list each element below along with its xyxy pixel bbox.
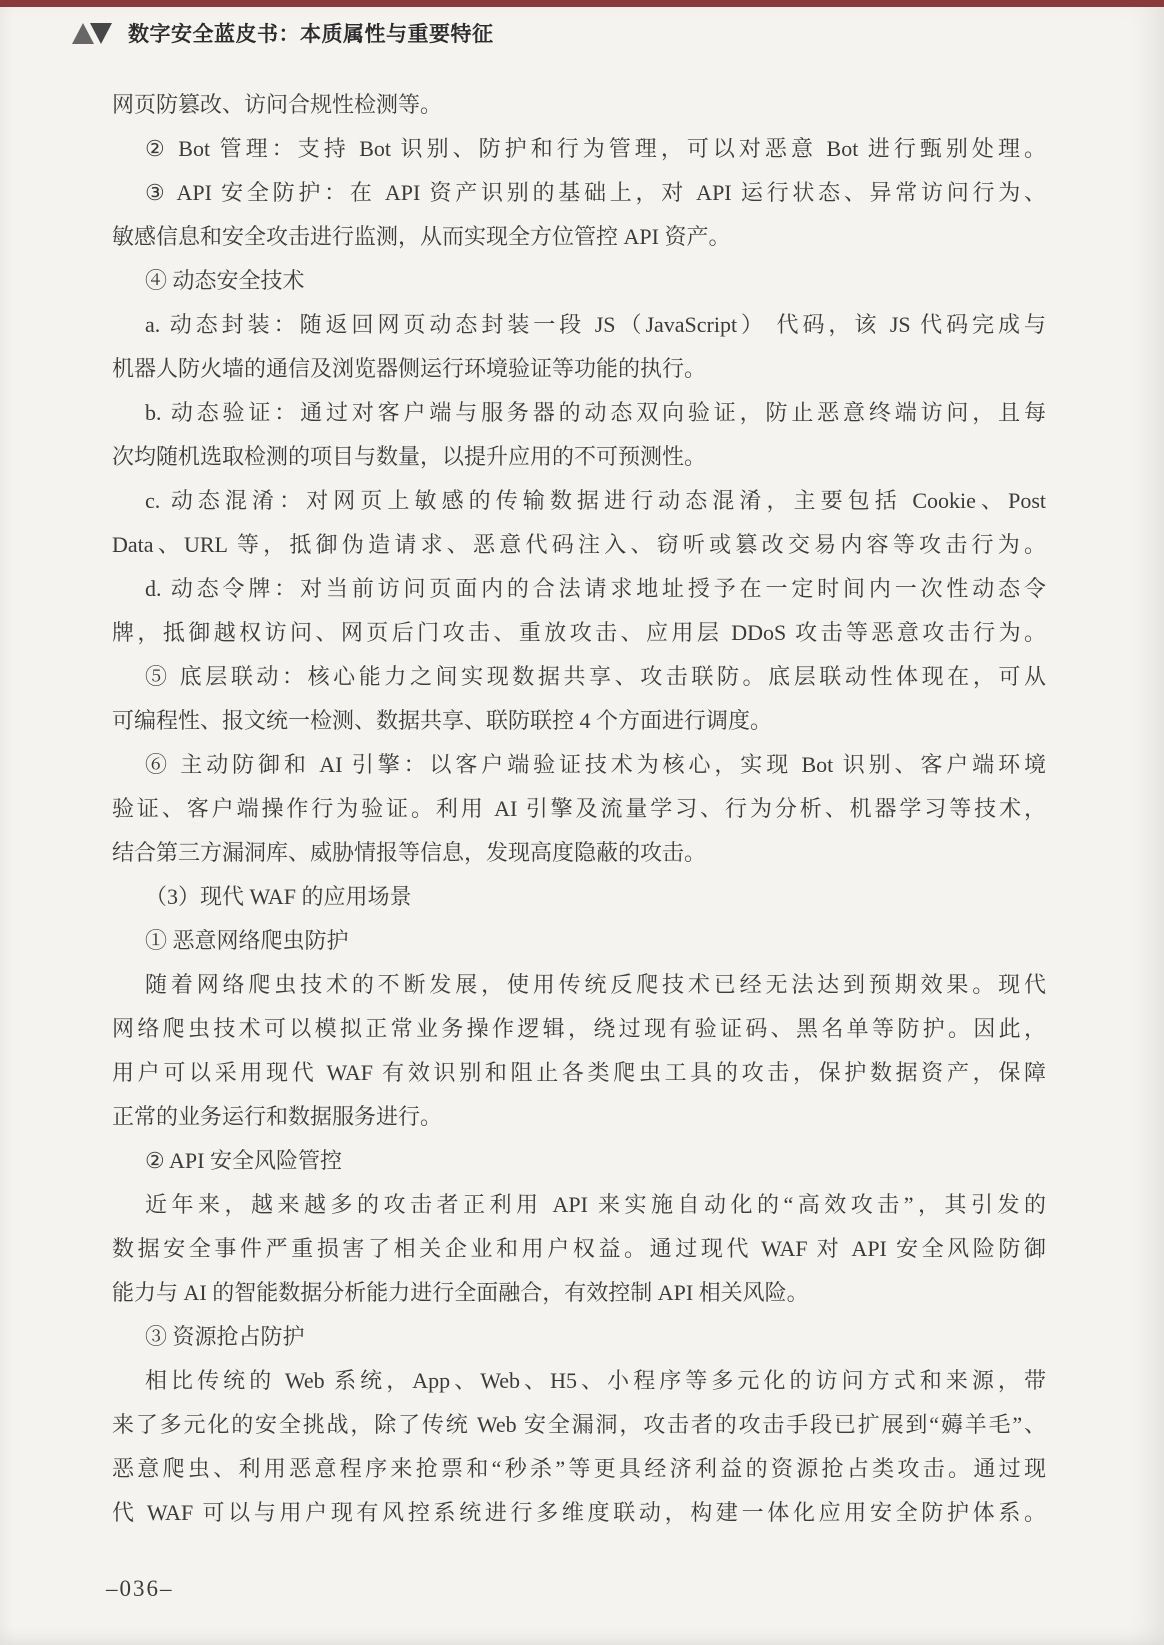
text-line: d. 动态令牌：对当前访问页面内的合法请求地址授予在一定时间内一次性动态令 <box>112 567 1046 611</box>
text-line: Data、URL 等，抵御伪造请求、恶意代码注入、窃听或篡改交易内容等攻击行为。 <box>112 523 1046 567</box>
text-line: a. 动态封装：随返回网页动态封装一段 JS（JavaScript） 代码，该 … <box>112 303 1046 347</box>
text-line: 用户可以采用现代 WAF 有效识别和阻止各类爬虫工具的攻击，保护数据资产，保障 <box>112 1051 1046 1095</box>
text-line: ② API 安全风险管控 <box>112 1139 1046 1183</box>
text-line: ③ API 安全防护：在 API 资产识别的基础上，对 API 运行状态、异常访… <box>112 171 1046 215</box>
text-line: 次均随机选取检测的项目与数量，以提升应用的不可预测性。 <box>112 435 1046 479</box>
text-line: ⑥ 主动防御和 AI 引擎：以客户端验证技术为核心，实现 Bot 识别、客户端环… <box>112 743 1046 787</box>
text-line: c. 动态混淆：对网页上敏感的传输数据进行动态混淆，主要包括 Cookie、Po… <box>112 479 1046 523</box>
text-line: 网络爬虫技术可以模拟正常业务操作逻辑，绕过现有验证码、黑名单等防护。因此， <box>112 1007 1046 1051</box>
text-line: 近年来，越来越多的攻击者正利用 API 来实施自动化的“高效攻击”，其引发的 <box>112 1183 1046 1227</box>
text-line: 恶意爬虫、利用恶意程序来抢票和“秒杀”等更具经济利益的资源抢占类攻击。通过现 <box>112 1447 1046 1491</box>
text-line: ④ 动态安全技术 <box>112 259 1046 303</box>
text-line: 结合第三方漏洞库、威胁情报等信息，发现高度隐蔽的攻击。 <box>112 831 1046 875</box>
text-line: 正常的业务运行和数据服务进行。 <box>112 1095 1046 1139</box>
text-line: ③ 资源抢占防护 <box>112 1315 1046 1359</box>
text-line: ① 恶意网络爬虫防护 <box>112 919 1046 963</box>
running-head-title: 数字安全蓝皮书：本质属性与重要特征 <box>128 18 494 48</box>
text-line: 随着网络爬虫技术的不断发展，使用传统反爬技术已经无法达到预期效果。现代 <box>112 963 1046 1007</box>
text-line: 可编程性、报文统一检测、数据共享、联防联控 4 个方面进行调度。 <box>112 699 1046 743</box>
text-line: 验证、客户端操作行为验证。利用 AI 引擎及流量学习、行为分析、机器学习等技术， <box>112 787 1046 831</box>
book-page: 数字安全蓝皮书：本质属性与重要特征 网页防篡改、访问合规性检测等。② Bot 管… <box>0 0 1164 1645</box>
text-line: 网页防篡改、访问合规性检测等。 <box>112 83 1046 127</box>
text-line: 牌，抵御越权访问、网页后门攻击、重放攻击、应用层 DDoS 攻击等恶意攻击行为。 <box>112 611 1046 655</box>
text-line: 相比传统的 Web 系统，App、Web、H5、小程序等多元化的访问方式和来源，… <box>112 1359 1046 1403</box>
page-number: –036– <box>106 1576 174 1601</box>
text-line: 代 WAF 可以与用户现有风控系统进行多维度联动，构建一体化应用安全防护体系。 <box>112 1491 1046 1535</box>
text-line: 来了多元化的安全挑战，除了传统 Web 安全漏洞，攻击者的攻击手段已扩展到“薅羊… <box>112 1403 1046 1447</box>
text-line: 数据安全事件严重损害了相关企业和用户权益。通过现代 WAF 对 API 安全风险… <box>112 1227 1046 1271</box>
text-line: 能力与 AI 的智能数据分析能力进行全面融合，有效控制 API 相关风险。 <box>112 1271 1046 1315</box>
scan-edge-strip <box>0 0 1164 7</box>
page-footer: –036– <box>106 1576 174 1602</box>
body-text: 网页防篡改、访问合规性检测等。② Bot 管理：支持 Bot 识别、防护和行为管… <box>112 83 1046 1535</box>
text-line: b. 动态验证：通过对客户端与服务器的动态双向验证，防止恶意终端访问，且每 <box>112 391 1046 435</box>
page-header: 数字安全蓝皮书：本质属性与重要特征 <box>72 18 494 48</box>
publisher-logo-icon <box>72 20 118 46</box>
text-line: 机器人防火墙的通信及浏览器侧运行环境验证等功能的执行。 <box>112 347 1046 391</box>
text-line: （3）现代 WAF 的应用场景 <box>112 875 1046 919</box>
text-line: ⑤ 底层联动：核心能力之间实现数据共享、攻击联防。底层联动性体现在，可从 <box>112 655 1046 699</box>
text-line: ② Bot 管理：支持 Bot 识别、防护和行为管理，可以对恶意 Bot 进行甄… <box>112 127 1046 171</box>
text-line: 敏感信息和安全攻击进行监测，从而实现全方位管控 API 资产。 <box>112 215 1046 259</box>
